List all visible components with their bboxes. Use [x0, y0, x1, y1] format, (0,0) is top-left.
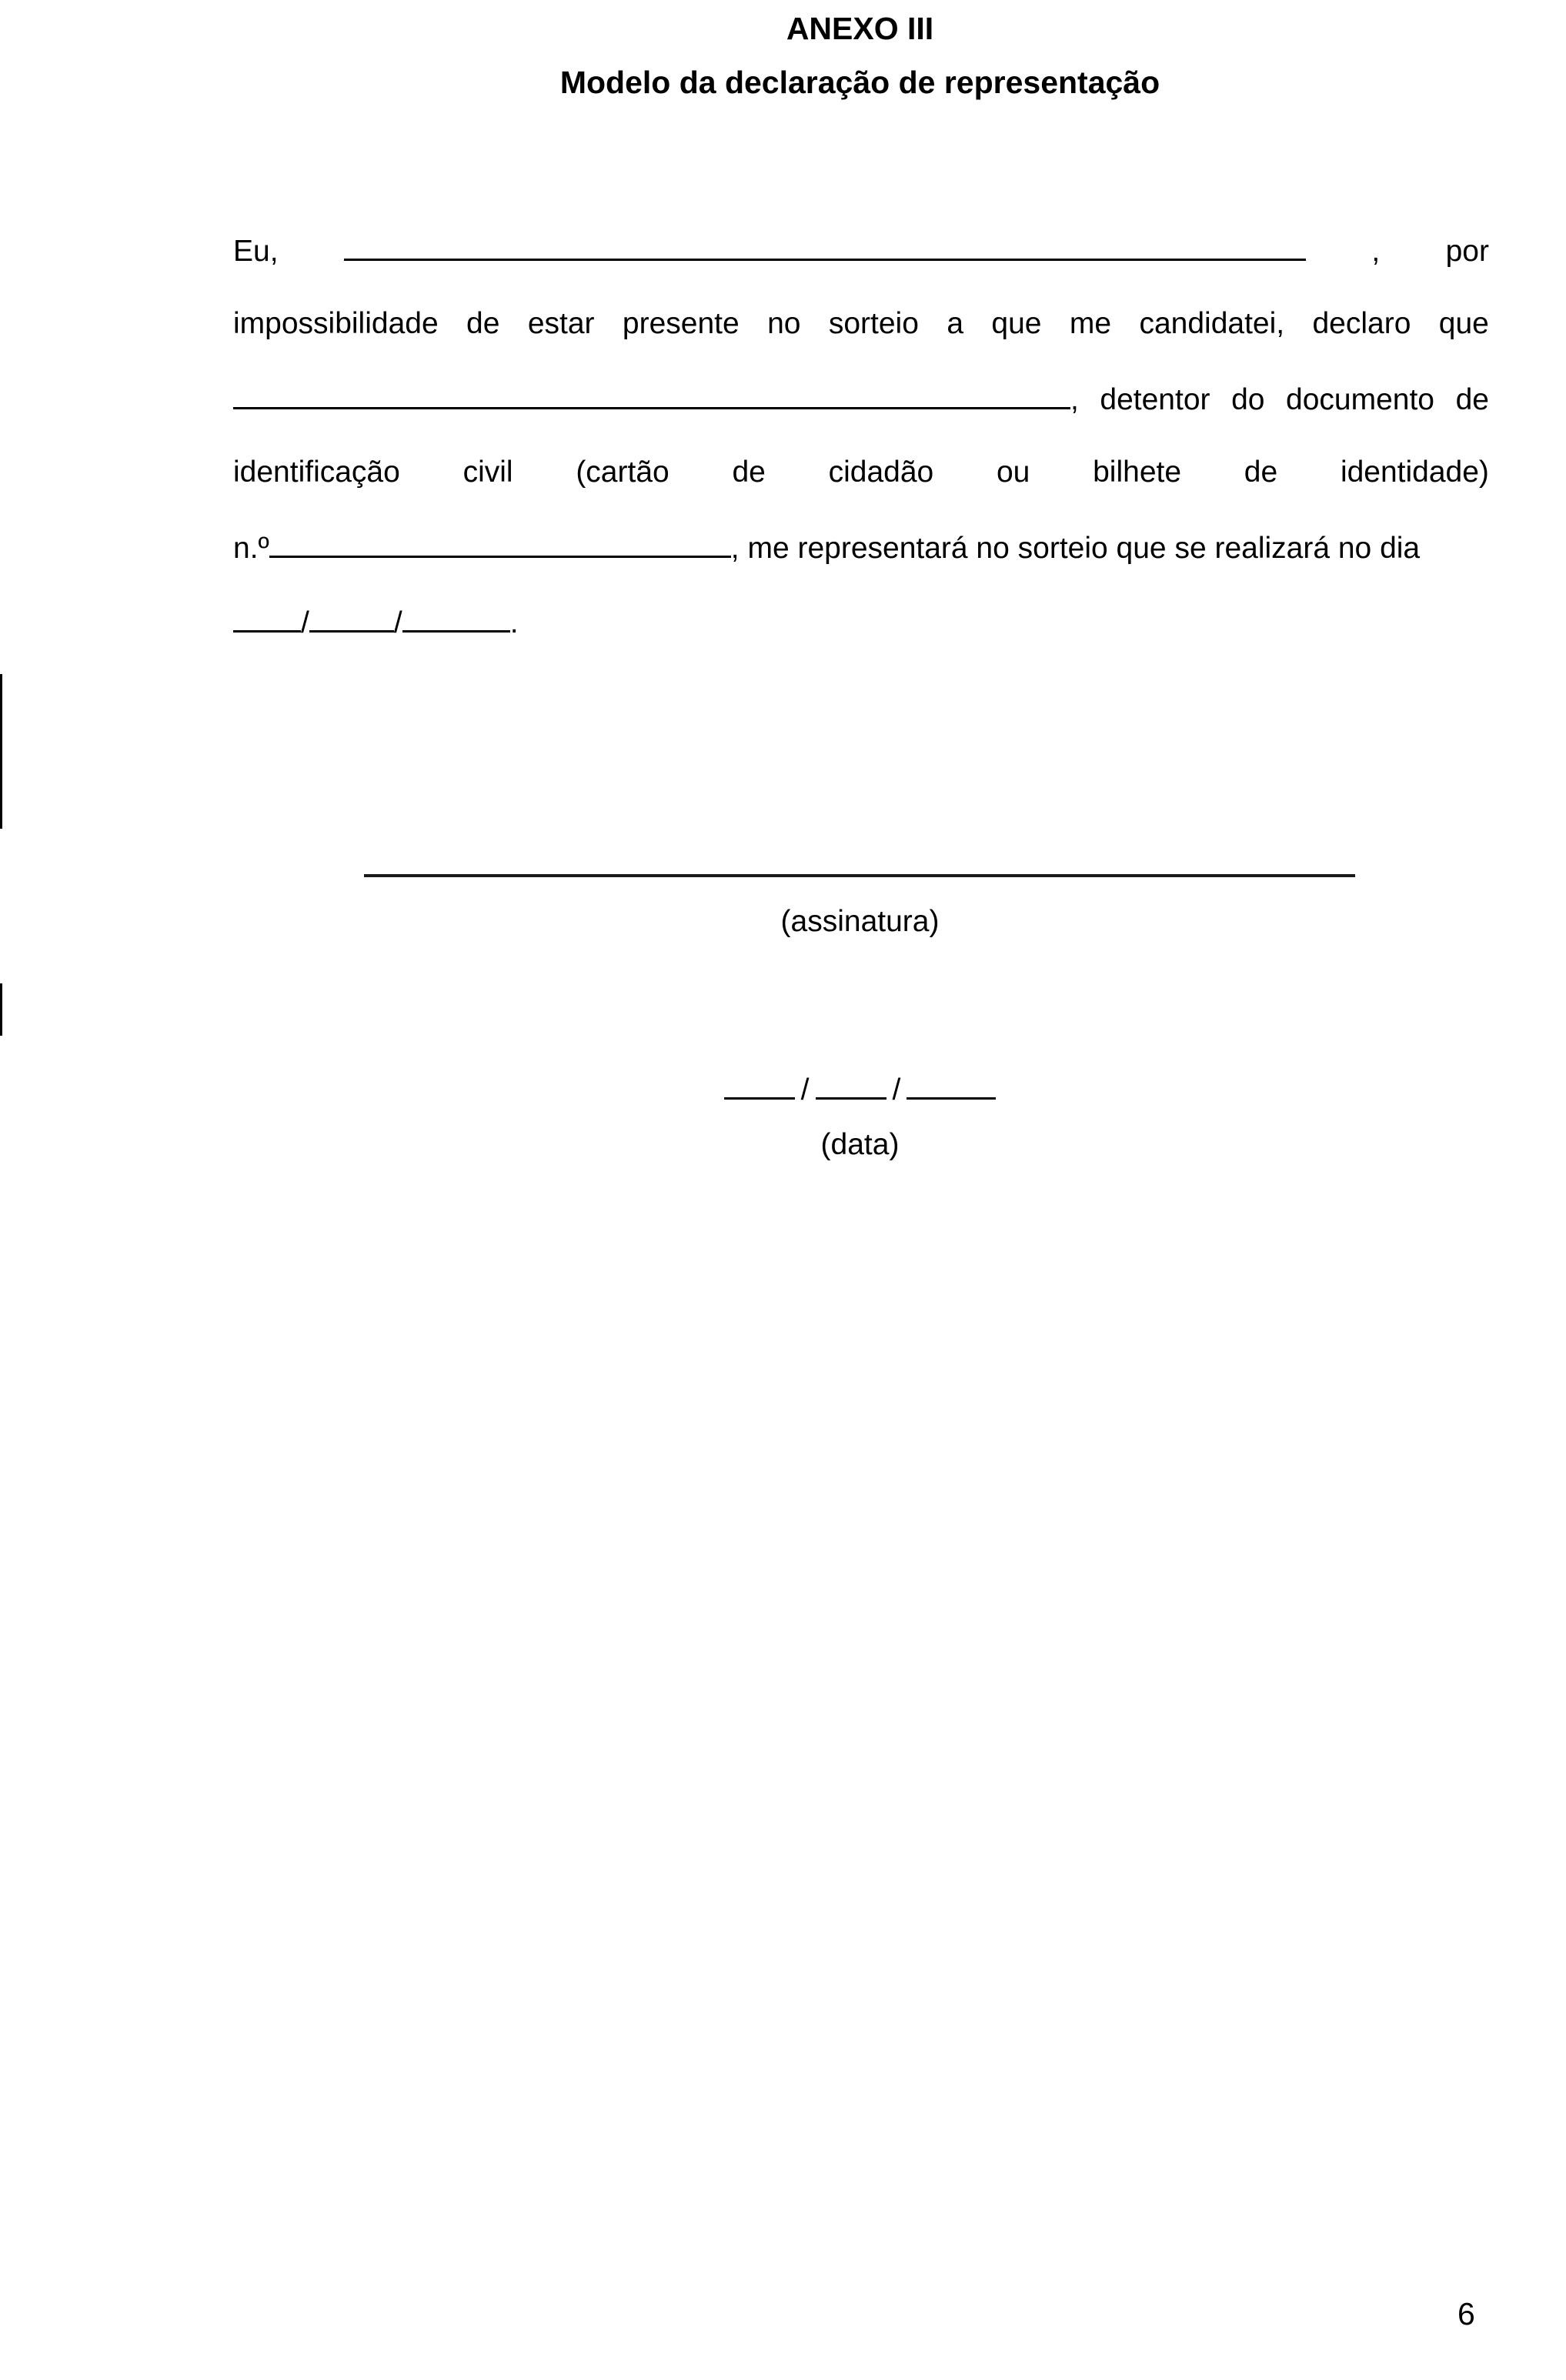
text-word: candidatei,: [1139, 305, 1284, 342]
text-word: ou: [997, 454, 1030, 491]
text-word: sorteio: [829, 305, 919, 342]
text-word: no: [767, 305, 800, 342]
text-word: de: [732, 454, 765, 491]
document-number-field[interactable]: [269, 528, 731, 558]
date-separator: /: [801, 1073, 810, 1107]
page-number: 6: [1457, 2296, 1475, 2332]
date-month-field[interactable]: [816, 1070, 887, 1100]
month-field[interactable]: [309, 603, 394, 633]
date-row: / /: [0, 1070, 1566, 1107]
text-word: que: [1439, 305, 1489, 342]
text-number-prefix: n.º: [233, 530, 269, 567]
text-word: impossibilidade: [233, 305, 439, 342]
text-word: (cartão: [576, 454, 669, 491]
text-word: a: [947, 305, 963, 342]
text-word: cidadão: [829, 454, 934, 491]
text-word: documento: [1286, 382, 1434, 419]
text-word: bilhete: [1093, 454, 1181, 491]
text-por: por: [1446, 233, 1489, 270]
text-word: de: [466, 305, 499, 342]
text-word: civil: [463, 454, 513, 491]
text-word: de: [1244, 454, 1277, 491]
text-period: .: [510, 605, 519, 642]
body-line-5: n.º , me representará no sorteio que se …: [233, 528, 1489, 565]
margin-bar: [0, 983, 2, 1036]
date-separator: /: [893, 1073, 901, 1107]
day-field[interactable]: [233, 603, 301, 633]
date-year-field[interactable]: [907, 1070, 996, 1100]
body-line-1: Eu, , por: [233, 231, 1489, 268]
body-line-4: identificaçãocivil(cartãodecidadãooubilh…: [233, 454, 1489, 491]
date-day-field[interactable]: [724, 1070, 795, 1100]
body-line-6: / / .: [233, 603, 1489, 639]
text-word: estar: [528, 305, 595, 342]
text-comma: ,: [1371, 233, 1380, 270]
text-word: presente: [623, 305, 740, 342]
text-word: do: [1231, 382, 1264, 419]
text-word: declaro: [1312, 305, 1411, 342]
document-title: Modelo da declaração de representação: [0, 65, 1566, 101]
body-line-3: , detentor do documento de: [233, 379, 1489, 416]
name-field[interactable]: [344, 231, 1306, 261]
text-word: de: [1456, 382, 1489, 419]
margin-bar: [0, 674, 2, 829]
signature-label: (assinatura): [0, 905, 1566, 939]
date-label: (data): [0, 1128, 1566, 1162]
annex-heading: ANEXO III: [0, 11, 1566, 47]
body-line-2: impossibilidadedeestarpresentenosorteioa…: [233, 305, 1489, 342]
representative-name-field[interactable]: [233, 379, 1070, 409]
text-word: identidade): [1341, 454, 1489, 491]
text-word: que: [991, 305, 1041, 342]
text-word: me: [1070, 305, 1111, 342]
year-field[interactable]: [402, 603, 510, 633]
representative-group: ,: [233, 379, 1079, 419]
date-separator: /: [394, 605, 402, 642]
signature-line[interactable]: [364, 874, 1355, 877]
text-line5-suffix: , me representará no sorteio que se real…: [731, 530, 1420, 567]
text-word: identificação: [233, 454, 400, 491]
text-eu: Eu,: [233, 233, 279, 270]
date-separator: /: [301, 605, 309, 642]
text-word: detentor: [1100, 382, 1210, 419]
text-comma: ,: [1070, 382, 1079, 419]
